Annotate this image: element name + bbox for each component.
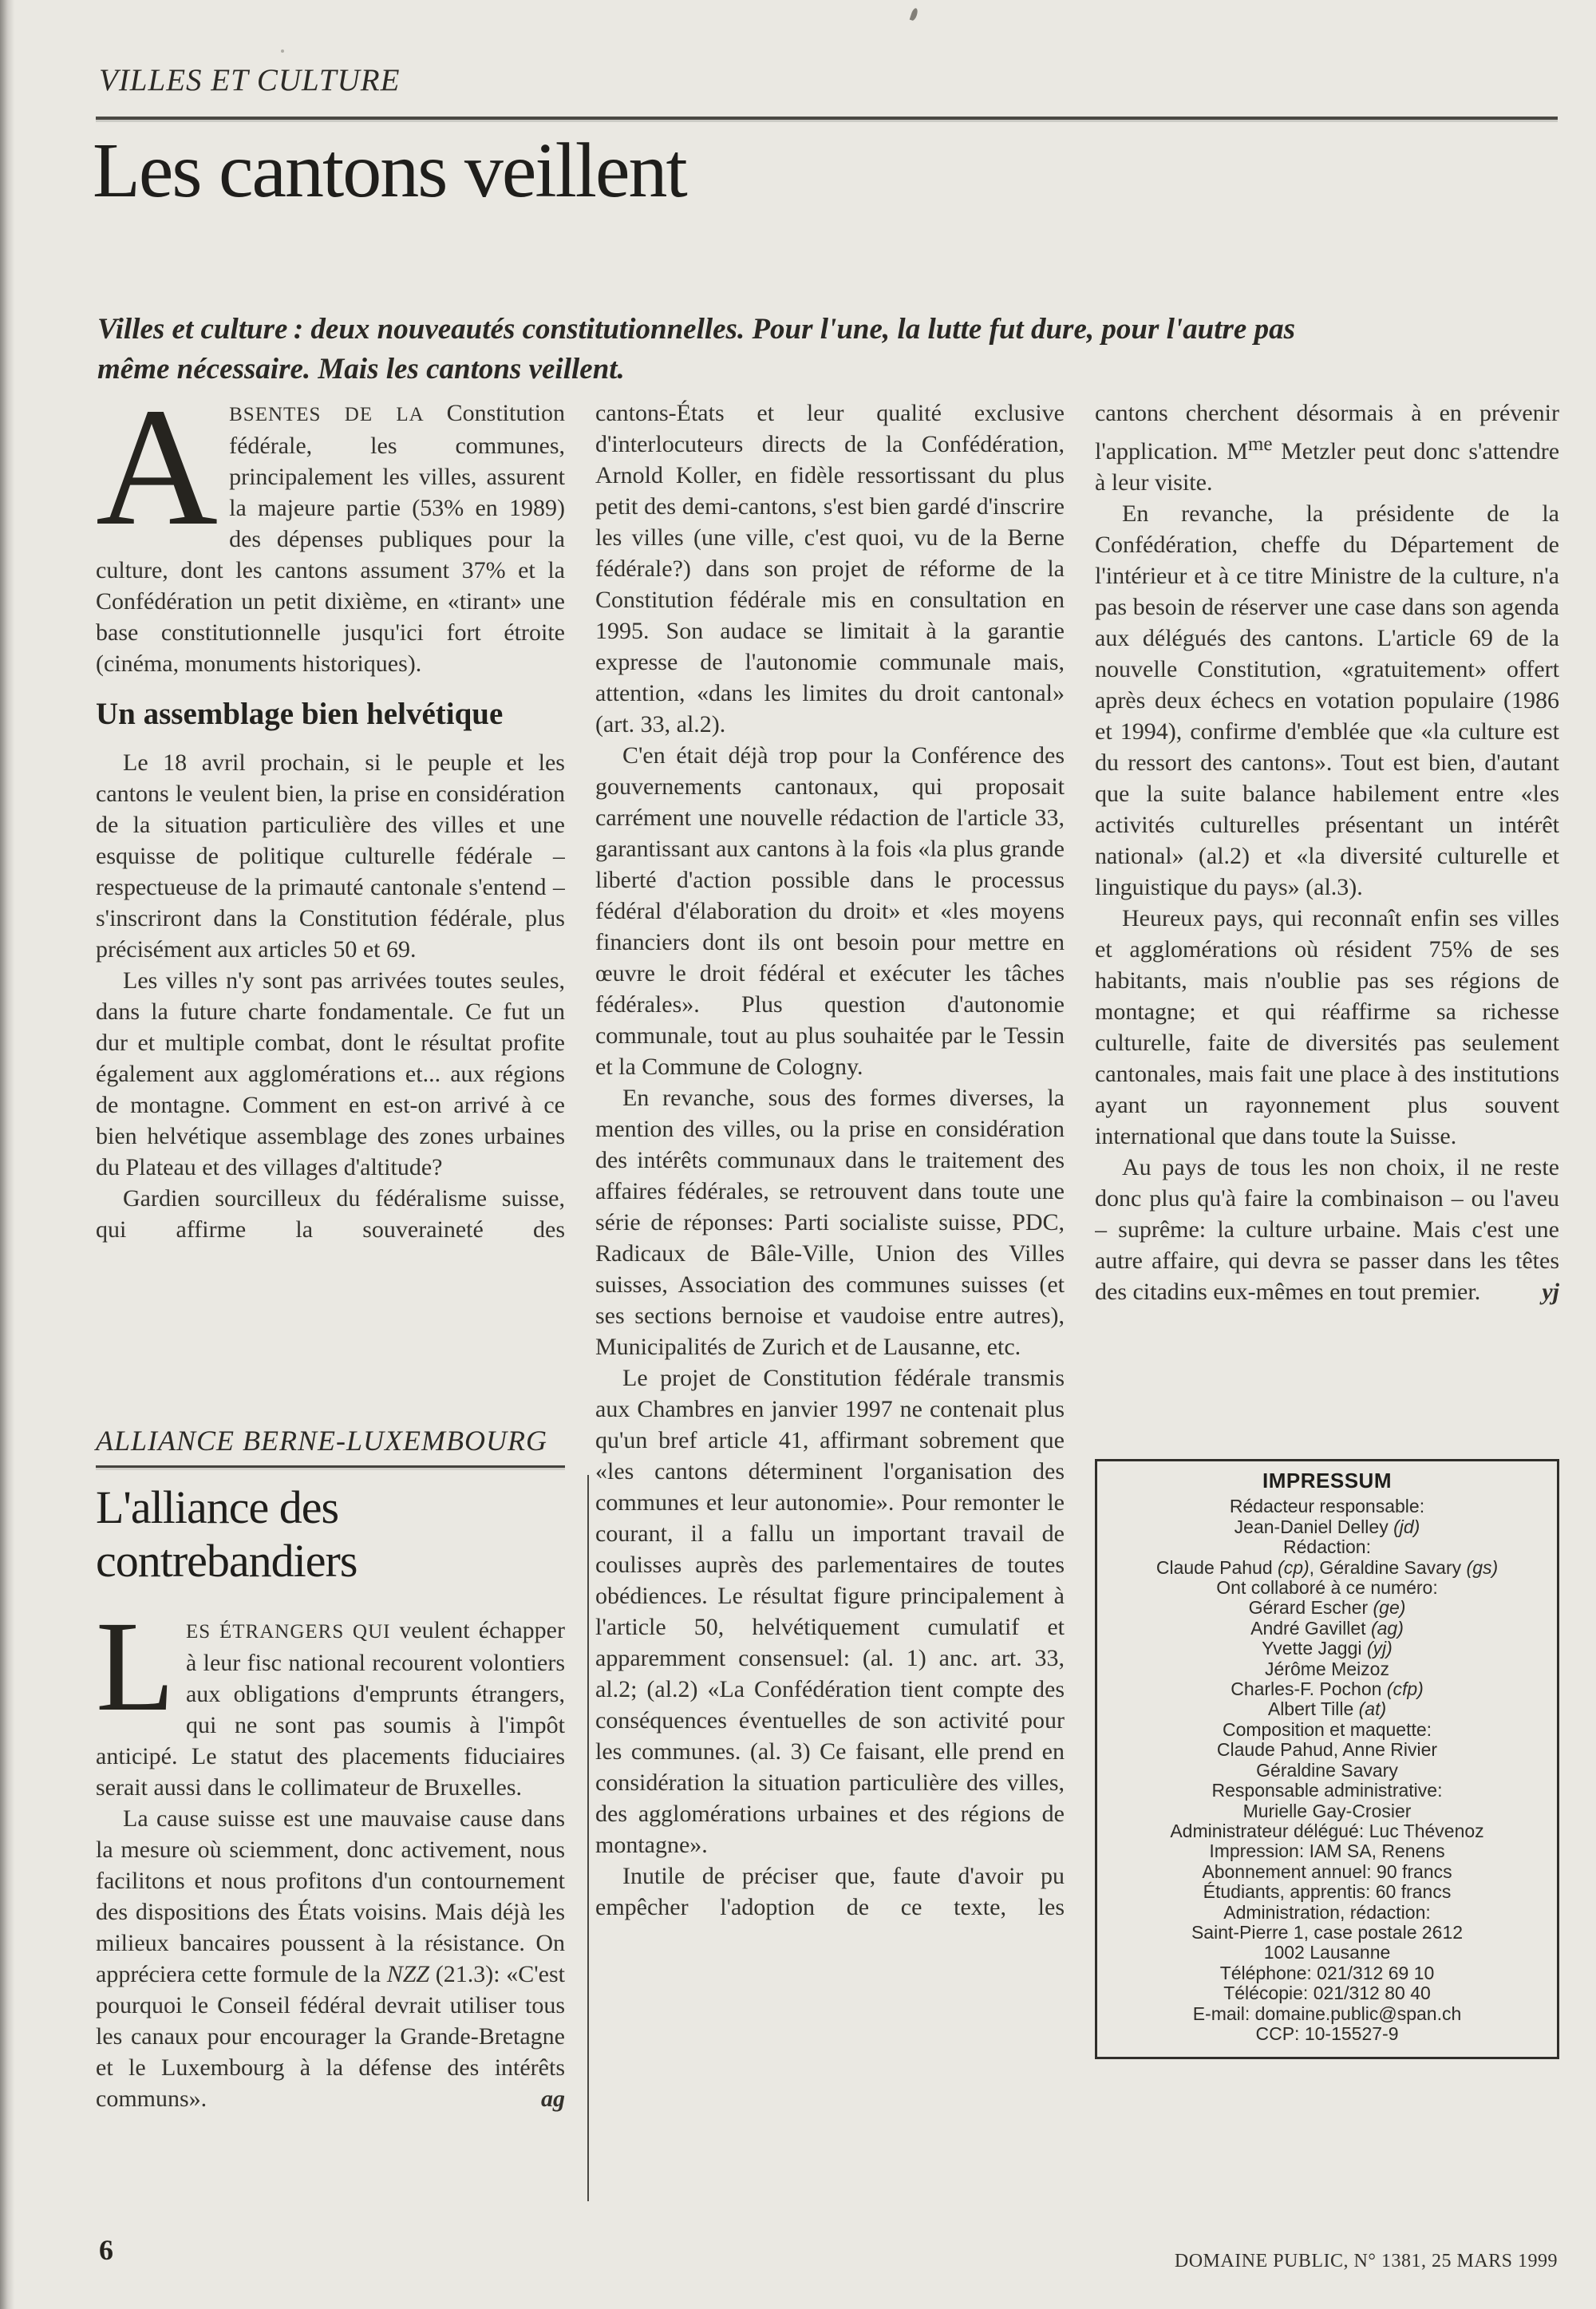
impressum-line: Étudiants, apprentis: 60 francs (1104, 1882, 1551, 1902)
section-heading: Un assemblage bien helvétique (96, 698, 565, 729)
impressum-line: Charles-F. Pochon (cfp) (1104, 1679, 1551, 1699)
impressum-line: Responsable administrative: (1104, 1781, 1551, 1801)
impressum-line: Gérard Escher (ge) (1104, 1598, 1551, 1618)
impressum-line: Albert Tille (at) (1104, 1699, 1551, 1719)
paragraph: C'en était déjà trop pour la Conférence … (595, 740, 1065, 1082)
impressum-line: Composition et maquette: (1104, 1720, 1551, 1740)
impressum-line: Administration, rédaction: (1104, 1903, 1551, 1923)
impressum-line: Claude Pahud (cp), Géraldine Savary (gs) (1104, 1558, 1551, 1578)
scan-artifact (281, 49, 284, 53)
impressum-line: Administrateur délégué: Luc Thévenoz (1104, 1821, 1551, 1841)
impressum-line: Rédaction: (1104, 1537, 1551, 1557)
impressum-line: E-mail: domaine.public@span.ch (1104, 2004, 1551, 2024)
article-lede: Villes et culture : deux nouveautés cons… (97, 310, 1366, 389)
impressum-line: CCP: 10-15527-9 (1104, 2024, 1551, 2044)
impressum-line: André Gavillet (ag) (1104, 1619, 1551, 1639)
paragraph-text: Au pays de tous les non choix, il ne res… (1095, 1154, 1559, 1305)
paragraph: ABSENTES DE LA Constitution fédérale, le… (96, 397, 565, 679)
impressum-line: Télécopie: 021/312 80 40 (1104, 1983, 1551, 2003)
journal-name-italic: NZZ (387, 1961, 429, 1987)
impressum-line: Téléphone: 021/312 69 10 (1104, 1963, 1551, 1983)
paragraph: Les villes n'y sont pas arrivées toutes … (96, 965, 565, 1183)
superscript: me (1248, 433, 1273, 455)
paragraph: En revanche, la présidente de la Confédé… (1095, 498, 1559, 903)
article1-col1: ABSENTES DE LA Constitution fédérale, le… (96, 397, 565, 1422)
scan-artifact (910, 7, 919, 21)
impressum-line: Yvette Jaggi (yj) (1104, 1639, 1551, 1659)
impressum-line: Rédacteur responsable: (1104, 1497, 1551, 1516)
impressum-box: IMPRESSUM Rédacteur responsable:Jean-Dan… (1095, 1459, 1559, 2059)
page-number: 6 (99, 2233, 113, 2267)
lead-in-caps: BSENTES DE LA (229, 404, 447, 425)
impressum-line: Claude Pahud, Anne Rivier (1104, 1740, 1551, 1760)
newspaper-page: VILLES ET CULTURE Les cantons veillent V… (0, 0, 1596, 2309)
impressum-line: Impression: IAM SA, Renens (1104, 1841, 1551, 1861)
impressum-line: Saint-Pierre 1, case postale 2612 (1104, 1923, 1551, 1943)
paragraph: La cause suisse est une mauvaise cause d… (96, 1803, 565, 2114)
impressum-line: Jean-Daniel Delley (jd) (1104, 1517, 1551, 1537)
impressum-line: 1002 Lausanne (1104, 1943, 1551, 1963)
section-kicker: VILLES ET CULTURE (99, 62, 400, 98)
paragraph-text: La cause suisse est une mauvaise cause d… (96, 1805, 565, 1987)
paragraph: Gardien sourcilleux du fédéralisme suiss… (96, 1183, 565, 1245)
article2-kicker: ALLIANCE BERNE-LUXEMBOURG (96, 1422, 565, 1459)
paragraph: Heureux pays, qui reconnaît enfin ses vi… (1095, 903, 1559, 1152)
paragraph: En revanche, sous des formes diverses, l… (595, 1082, 1065, 1362)
column-1: ABSENTES DE LA Constitution fédérale, le… (96, 397, 565, 2114)
article2: ALLIANCE BERNE-LUXEMBOURG L'alliance des… (96, 1422, 565, 2114)
paragraph: Le 18 avril prochain, si le peuple et le… (96, 747, 565, 965)
author-initials: ag (514, 2083, 565, 2114)
paragraph: cantons-États et leur qualité exclusive … (595, 397, 1065, 740)
page-title: Les cantons veillent (93, 126, 686, 215)
paragraph: cantons cherchent désormais à en préveni… (1095, 397, 1559, 498)
article2-rule (96, 1465, 565, 1468)
paragraph: Le projet de Constitution fédérale trans… (595, 1362, 1065, 1860)
lead-in-caps: ES ÉTRANGERS QUI (186, 1621, 399, 1643)
impressum-title: IMPRESSUM (1104, 1471, 1551, 1491)
paragraph: Au pays de tous les non choix, il ne res… (1095, 1152, 1559, 1307)
impressum-line: Murielle Gay-Crosier (1104, 1801, 1551, 1821)
drop-cap: A (96, 397, 229, 530)
paragraph: LES ÉTRANGERS QUI veulent échapper à leu… (96, 1615, 565, 1803)
scan-edge-shadow (0, 0, 14, 2309)
impressum-lines: Rédacteur responsable:Jean-Daniel Delley… (1104, 1497, 1551, 2044)
column-2: cantons-États et leur qualité exclusive … (595, 397, 1065, 1923)
author-initials: yj (1515, 1276, 1559, 1307)
journal-footer: DOMAINE PUBLIC, N° 1381, 25 MARS 1999 (1175, 2251, 1558, 2272)
impressum-line: Ont collaboré à ce numéro: (1104, 1578, 1551, 1598)
header-rule (96, 117, 1558, 120)
column-separator-rule (587, 1475, 589, 2201)
impressum-line: Abonnement annuel: 90 francs (1104, 1862, 1551, 1882)
article1-col3: cantons cherchent désormais à en préveni… (1095, 397, 1559, 1459)
drop-cap: L (96, 1615, 186, 1714)
column-3: cantons cherchent désormais à en préveni… (1095, 397, 1559, 1459)
impressum-line: Géraldine Savary (1104, 1761, 1551, 1781)
paragraph: Inutile de préciser que, faute d'avoir p… (595, 1860, 1065, 1923)
impressum-line: Jérôme Meizoz (1104, 1659, 1551, 1679)
article2-title: L'alliance des contrebandiers (96, 1481, 565, 1587)
